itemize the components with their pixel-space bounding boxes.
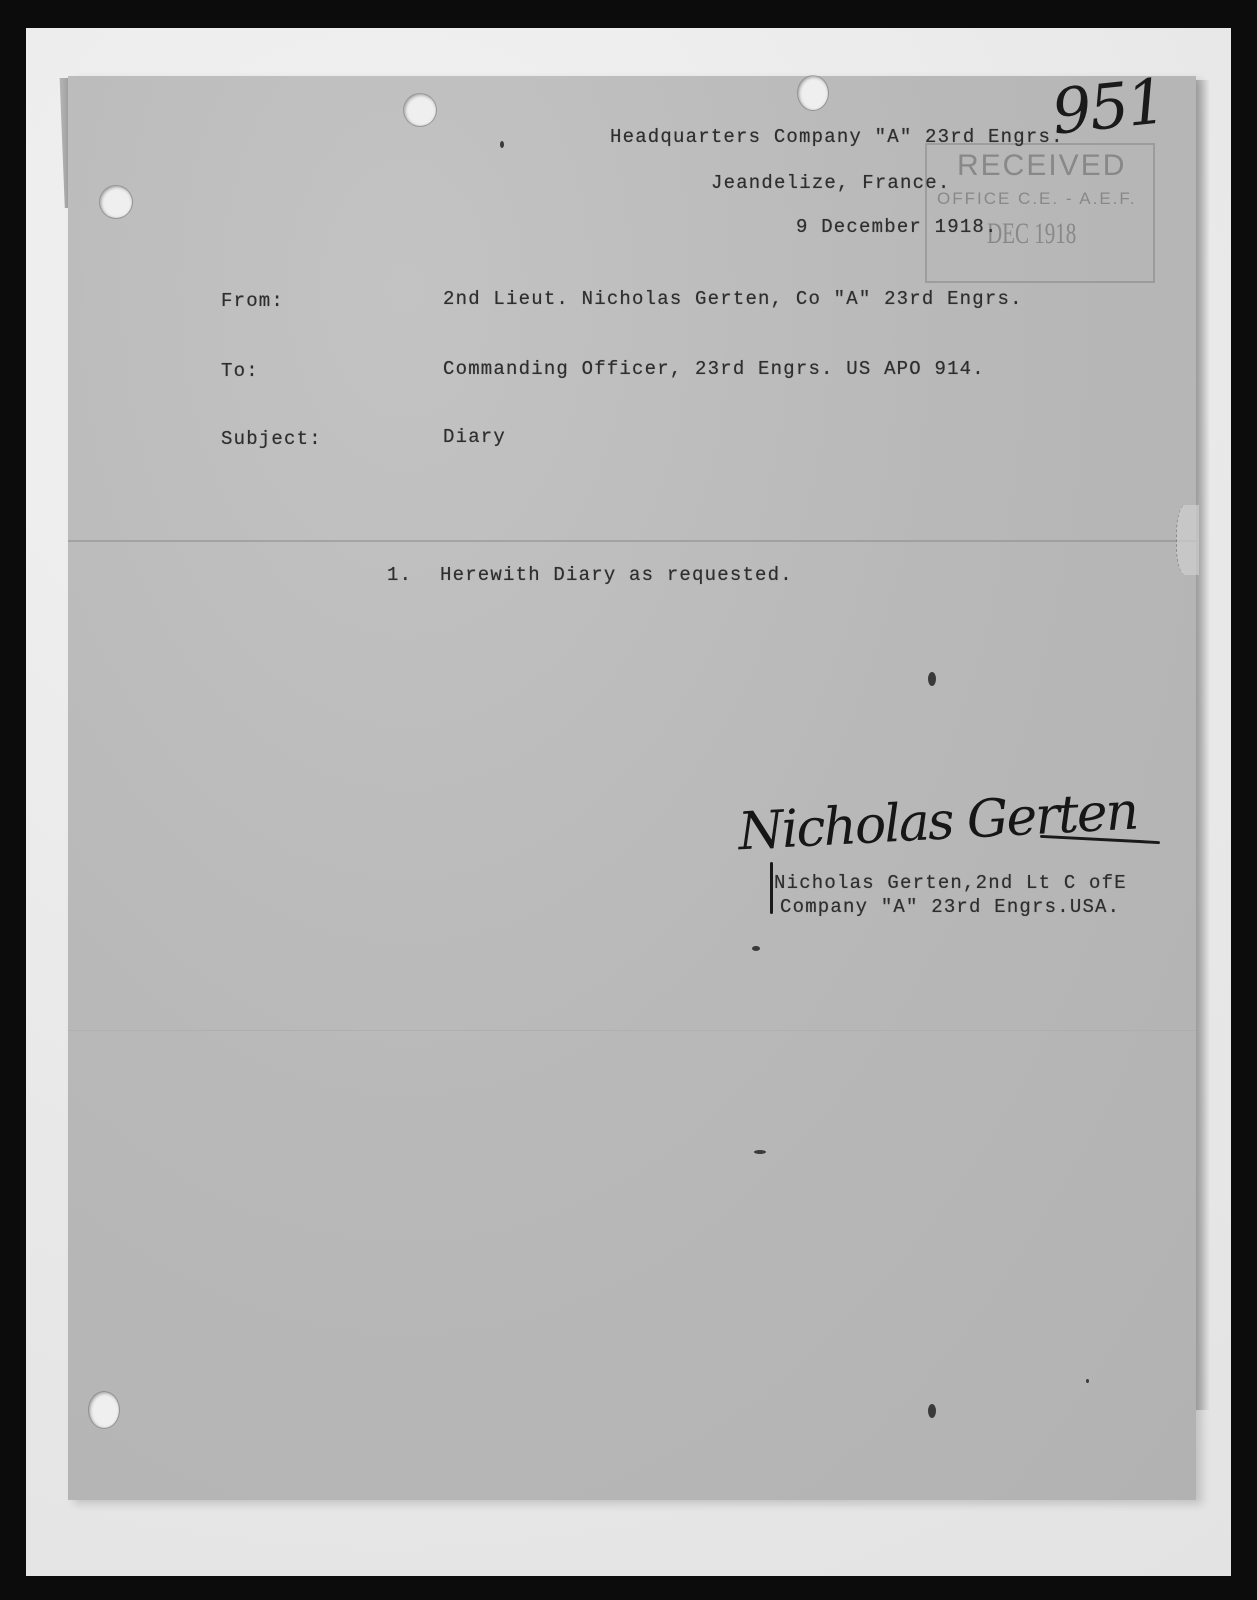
punch-hole-icon xyxy=(100,186,132,218)
field-from-value: 2nd Lieut. Nicholas Gerten, Co "A" 23rd … xyxy=(443,288,1023,310)
header-location: Jeandelize, France. xyxy=(711,172,950,194)
ink-speck xyxy=(500,141,504,148)
ink-speck xyxy=(1086,1379,1089,1383)
ink-speck xyxy=(928,672,936,686)
paragraph-text: Herewith Diary as requested. xyxy=(440,564,793,586)
signature-typed-name: Nicholas Gerten,2nd Lt C ofE xyxy=(774,872,1127,894)
archive-number: 951 xyxy=(1048,64,1167,148)
stamp-date: DEC 1918 xyxy=(987,217,1076,251)
ink-speck xyxy=(752,946,760,951)
edge-tear-mark xyxy=(1176,505,1199,575)
stamp-office: OFFICE C.E. - A.E.F. xyxy=(937,189,1137,209)
received-stamp: RECEIVED OFFICE C.E. - A.E.F. DEC 1918 xyxy=(925,143,1155,283)
header-date: 9 December 1918. xyxy=(796,216,998,238)
page-edge-shadow xyxy=(1196,80,1210,1410)
punch-hole-icon xyxy=(89,1392,119,1428)
signature-stroke xyxy=(770,862,773,914)
stamp-title: RECEIVED xyxy=(957,149,1126,183)
signature-typed-unit: Company "A" 23rd Engrs.USA. xyxy=(780,896,1120,918)
fold-crease xyxy=(68,540,1196,542)
ink-speck xyxy=(928,1404,936,1418)
punch-hole-icon xyxy=(798,76,828,110)
field-to-value: Commanding Officer, 23rd Engrs. US APO 9… xyxy=(443,358,985,380)
fold-crease-lower xyxy=(68,1030,1196,1031)
field-subject-value: Diary xyxy=(443,426,506,448)
field-from-label: From: xyxy=(221,290,284,312)
paragraph-number: 1. xyxy=(387,564,412,586)
header-unit: Headquarters Company "A" 23rd Engrs. xyxy=(610,126,1064,148)
field-subject-label: Subject: xyxy=(221,428,322,450)
field-to-label: To: xyxy=(221,360,259,382)
punch-hole-icon xyxy=(404,94,436,126)
ink-speck xyxy=(754,1150,766,1154)
